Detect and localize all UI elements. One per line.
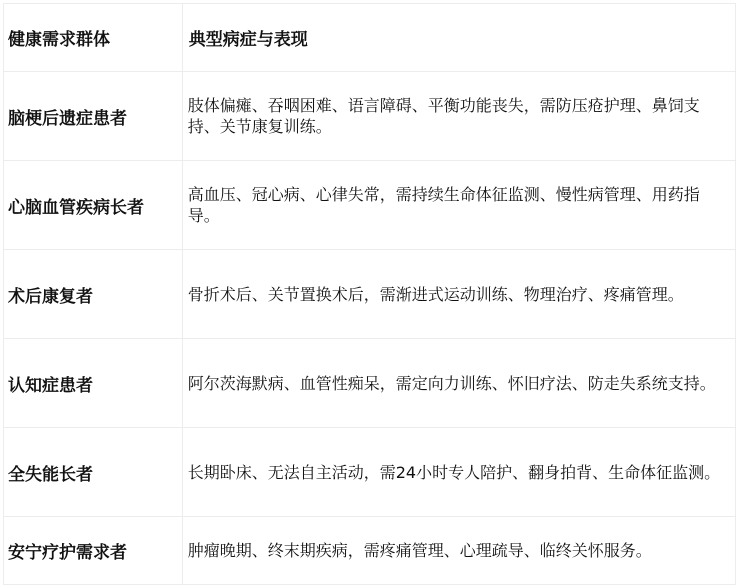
group-cell: 认知症患者 bbox=[4, 339, 183, 428]
description-cell: 肿瘤晚期、终末期疾病，需疼痛管理、心理疏导、临终关怀服务。 bbox=[182, 517, 735, 585]
description-cell: 长期卧床、无法自主活动，需24小时专人陪护、翻身拍背、生命体征监测。 bbox=[182, 428, 735, 517]
description-cell: 肢体偏瘫、吞咽困难、语言障碍、平衡功能丧失，需防压疮护理、鼻饲支持、关节康复训练… bbox=[182, 72, 735, 161]
group-cell: 全失能长者 bbox=[4, 428, 183, 517]
table-row: 安宁疗护需求者 肿瘤晚期、终末期疾病，需疼痛管理、心理疏导、临终关怀服务。 bbox=[4, 517, 736, 585]
table-row: 认知症患者 阿尔茨海默病、血管性痴呆，需定向力训练、怀旧疗法、防走失系统支持。 bbox=[4, 339, 736, 428]
group-cell: 安宁疗护需求者 bbox=[4, 517, 183, 585]
table-row: 脑梗后遗症患者 肢体偏瘫、吞咽困难、语言障碍、平衡功能丧失，需防压疮护理、鼻饲支… bbox=[4, 72, 736, 161]
group-cell: 脑梗后遗症患者 bbox=[4, 72, 183, 161]
table-row: 术后康复者 骨折术后、关节置换术后，需渐进式运动训练、物理治疗、疼痛管理。 bbox=[4, 250, 736, 339]
table-header-row: 健康需求群体 典型病症与表现 bbox=[4, 4, 736, 72]
description-cell: 骨折术后、关节置换术后，需渐进式运动训练、物理治疗、疼痛管理。 bbox=[182, 250, 735, 339]
header-description: 典型病症与表现 bbox=[182, 4, 735, 72]
description-cell: 阿尔茨海默病、血管性痴呆，需定向力训练、怀旧疗法、防走失系统支持。 bbox=[182, 339, 735, 428]
header-group: 健康需求群体 bbox=[4, 4, 183, 72]
group-cell: 心脑血管疾病长者 bbox=[4, 161, 183, 250]
group-cell: 术后康复者 bbox=[4, 250, 183, 339]
table-row: 心脑血管疾病长者 高血压、冠心病、心律失常，需持续生命体征监测、慢性病管理、用药… bbox=[4, 161, 736, 250]
health-needs-table: 健康需求群体 典型病症与表现 脑梗后遗症患者 肢体偏瘫、吞咽困难、语言障碍、平衡… bbox=[3, 3, 736, 585]
table-row: 全失能长者 长期卧床、无法自主活动，需24小时专人陪护、翻身拍背、生命体征监测。 bbox=[4, 428, 736, 517]
description-cell: 高血压、冠心病、心律失常，需持续生命体征监测、慢性病管理、用药指导。 bbox=[182, 161, 735, 250]
